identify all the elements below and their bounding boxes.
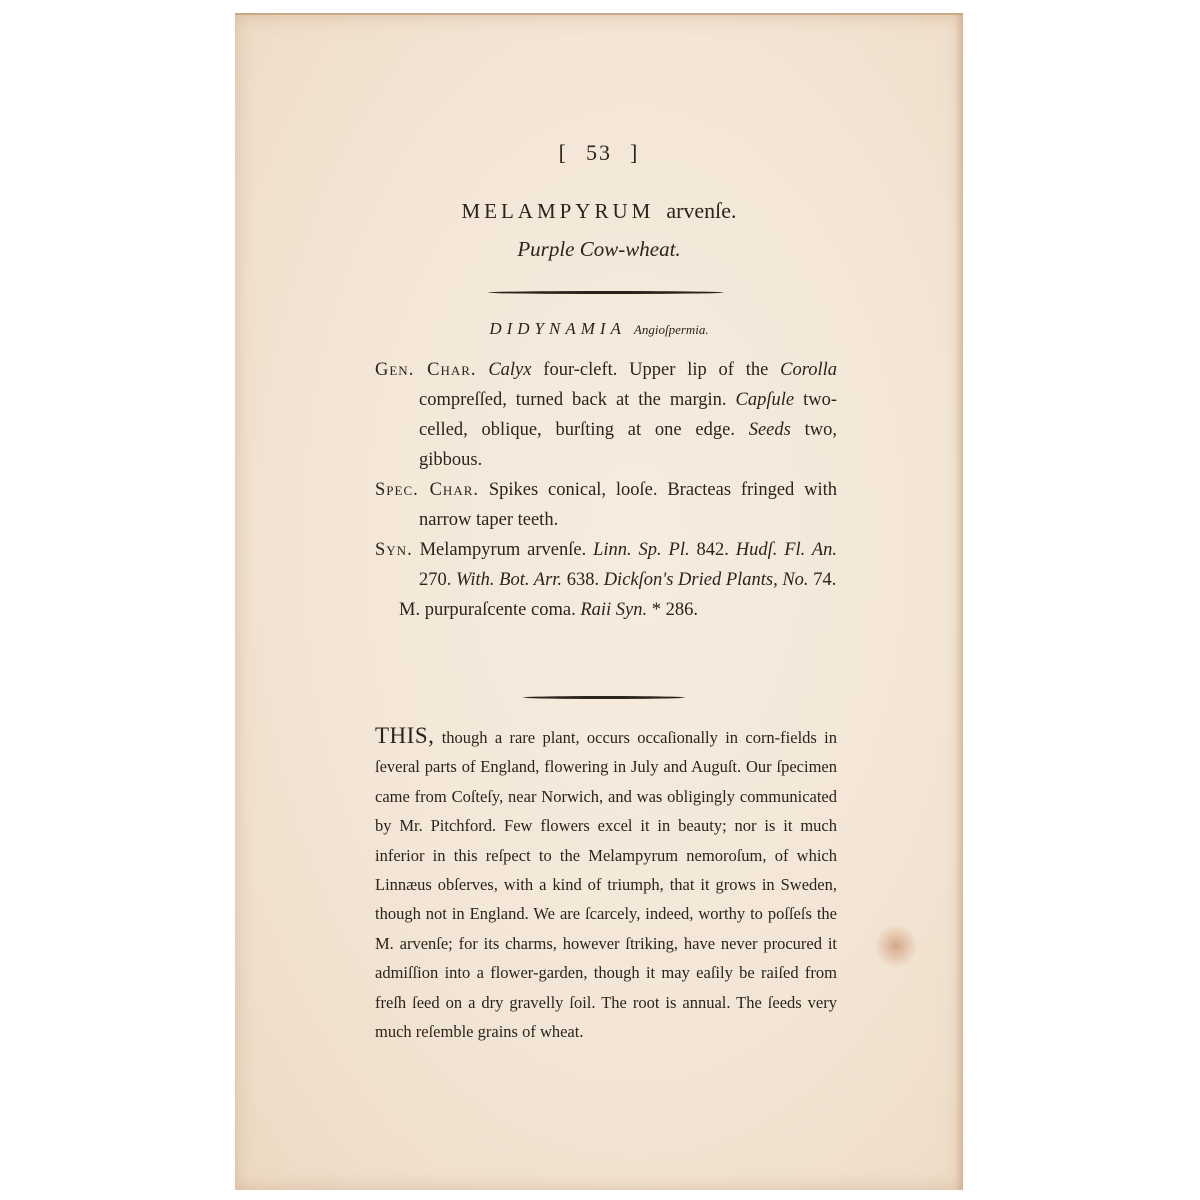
specific-character: Spec. Char. Spikes conical, looſe. Bract… [375,475,837,535]
text-run: Capſule [736,390,795,410]
text-run: 842. [690,540,736,560]
text-run: Seeds [749,420,791,440]
linnaean-classification: DIDYNAMIA Angioſpermia. [235,319,963,339]
divider-rule [523,696,685,699]
foxing-stain [875,925,917,967]
text-run: Calyx [488,360,531,380]
text-run: M. purpuraſcente coma. [399,600,580,620]
description-paragraph: THIS, though a rare plant, occurs occaſi… [375,721,837,1046]
order-name: Angioſpermia. [634,322,709,337]
spec-char-text: Spikes conical, looſe. Bracteas fringed … [419,480,837,530]
gen-char-label: Gen. Char. [375,360,477,380]
syn-label: Syn. [375,540,413,560]
text-run: 270. [419,570,456,590]
bracket-open: [ [559,140,568,165]
common-name: Purple Cow-wheat. [235,237,963,262]
description-text: though a rare plant, occurs occaſionally… [375,728,837,1041]
text-run: four-cleft. Upper lip of the [531,360,780,380]
text-run: Corolla [780,360,837,380]
generic-character: Gen. Char. Calyx four-cleft. Upper lip o… [375,355,837,475]
text-run: compreſſed, turned back at the margin. [419,390,736,410]
synonym-ray: M. purpuraſcente coma. Raii Syn. * 286. [375,595,837,625]
opening-word: THIS, [375,723,434,748]
synonyms: Syn. Melampyrum arvenſe. Linn. Sp. Pl. 8… [375,535,837,595]
text-run: * 286. [647,600,698,620]
divider-rule [488,291,724,294]
class-name: DIDYNAMIA [489,319,626,338]
text-run: 638. [562,570,604,590]
species-name: arvenſe. [666,198,736,223]
characters-section: Gen. Char. Calyx four-cleft. Upper lip o… [375,355,837,625]
spec-char-label: Spec. Char. [375,480,479,500]
text-run: Melampyrum arvenſe. [420,540,594,560]
text-run: Hudſ. Fl. An. [736,540,837,560]
text-run: With. Bot. Arr. [456,570,562,590]
text-run: Dickſon's Dried Plants, No. [604,570,809,590]
text-run: Raii Syn. [580,600,647,620]
book-page: [53] MELAMPYRUMarvenſe. Purple Cow-wheat… [235,13,963,1190]
genus-name: MELAMPYRUM [461,199,654,223]
text-run: 74. [809,570,837,590]
page-number: [53] [235,140,963,166]
text-run: Linn. Sp. Pl. [593,540,690,560]
bracket-close: ] [630,140,639,165]
page-number-value: 53 [586,140,612,165]
species-title: MELAMPYRUMarvenſe. [235,198,963,224]
